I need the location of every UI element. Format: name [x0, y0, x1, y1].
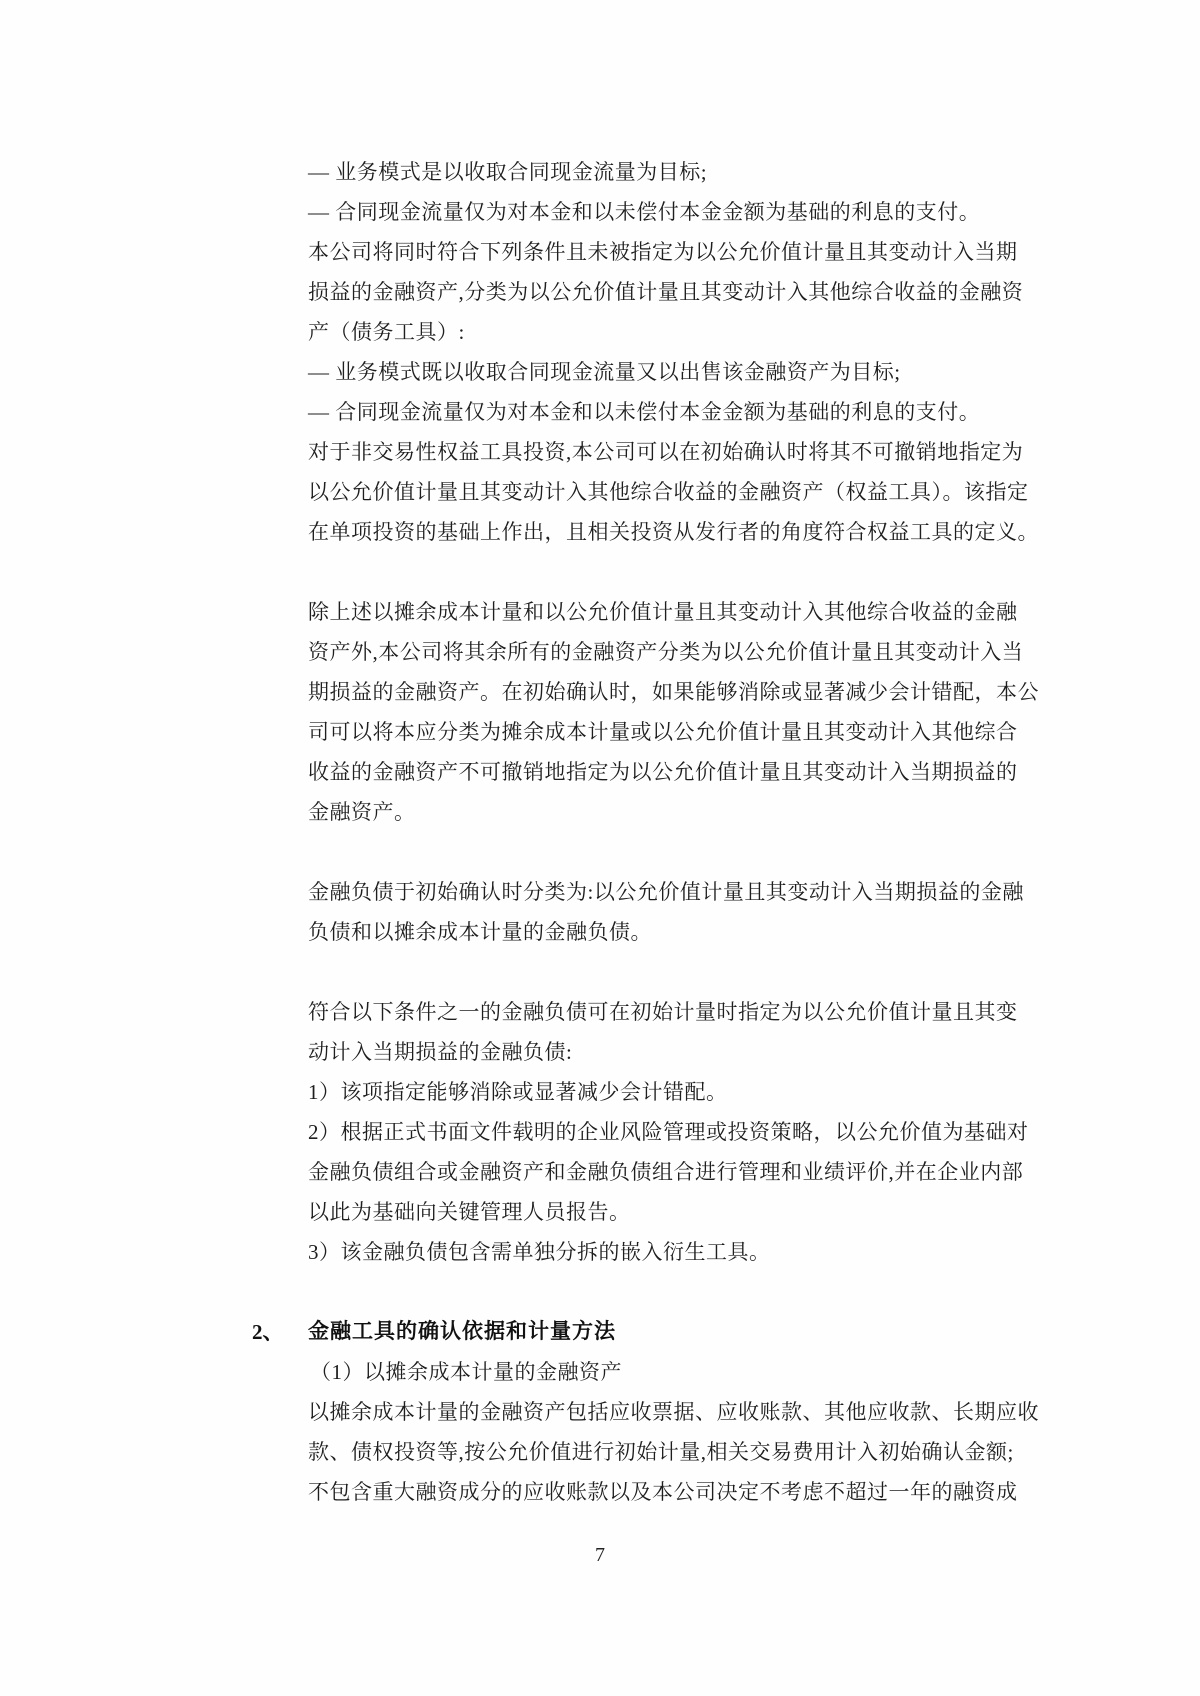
text-line: 金融负债组合或金融资产和金融负债组合进行管理和业绩评价,并在企业内部 [308, 1152, 1020, 1192]
text-line: 金融负债于初始确认时分类为:以公允价值计量且其变动计入当期损益的金融 [308, 872, 1020, 912]
text-line: 损益的金融资产,分类为以公允价值计量且其变动计入其他综合收益的金融资 [308, 272, 1020, 312]
blank-line [308, 552, 1020, 592]
text-line: 收益的金融资产不可撤销地指定为以公允价值计量且其变动计入当期损益的 [308, 752, 1020, 792]
subsection-title: （1）以摊余成本计量的金融资产 [308, 1352, 1020, 1392]
dash-list-item: — 合同现金流量仅为对本金和以未偿付本金金额为基础的利息的支付。 [308, 192, 1020, 232]
section-heading: 2、金融工具的确认依据和计量方法 [308, 1312, 1020, 1352]
dash-list-item: — 业务模式是以收取合同现金流量为目标; [308, 152, 1020, 192]
text-line: 符合以下条件之一的金融负债可在初始计量时指定为以公允价值计量且其变 [308, 992, 1020, 1032]
dash-list-item: — 合同现金流量仅为对本金和以未偿付本金金额为基础的利息的支付。 [308, 392, 1020, 432]
text-line: 以摊余成本计量的金融资产包括应收票据、应收账款、其他应收款、长期应收 [308, 1392, 1020, 1432]
blank-line [308, 832, 1020, 872]
text-line: 1）该项指定能够消除或显著减少会计错配。 [308, 1072, 1020, 1112]
page-number: 7 [0, 1538, 1200, 1572]
text-line: 对于非交易性权益工具投资,本公司可以在初始确认时将其不可撤销地指定为 [308, 432, 1020, 472]
dash-list-item: — 业务模式既以收取合同现金流量又以出售该金融资产为目标; [308, 352, 1020, 392]
text-line: 在单项投资的基础上作出，且相关投资从发行者的角度符合权益工具的定义。 [308, 512, 1020, 552]
document-page: — 业务模式是以收取合同现金流量为目标;— 合同现金流量仅为对本金和以未偿付本金… [0, 0, 1200, 1696]
text-line: 金融资产。 [308, 792, 1020, 832]
text-line: 期损益的金融资产。在初始确认时，如果能够消除或显著减少会计错配，本公 [308, 672, 1020, 712]
blank-line [308, 952, 1020, 992]
text-line: 产（债务工具）: [308, 312, 1020, 352]
text-line: 除上述以摊余成本计量和以公允价值计量且其变动计入其他综合收益的金融 [308, 592, 1020, 632]
text-line: 不包含重大融资成分的应收账款以及本公司决定不考虑不超过一年的融资成 [308, 1472, 1020, 1512]
text-column: — 业务模式是以收取合同现金流量为目标;— 合同现金流量仅为对本金和以未偿付本金… [308, 152, 1020, 1512]
text-line: 司可以将本应分类为摊余成本计量或以公允价值计量且其变动计入其他综合 [308, 712, 1020, 752]
text-line: 动计入当期损益的金融负债: [308, 1032, 1020, 1072]
text-line: 资产外,本公司将其余所有的金融资产分类为以公允价值计量且其变动计入当 [308, 632, 1020, 672]
text-line: 本公司将同时符合下列条件且未被指定为以公允价值计量且其变动计入当期 [308, 232, 1020, 272]
text-line: 2）根据正式书面文件载明的企业风险管理或投资策略，以公允价值为基础对 [308, 1112, 1020, 1152]
section-title: 金融工具的确认依据和计量方法 [308, 1320, 616, 1343]
text-line: 款、债权投资等,按公允价值进行初始计量,相关交易费用计入初始确认金额; [308, 1432, 1020, 1472]
text-line: 3）该金融负债包含需单独分拆的嵌入衍生工具。 [308, 1232, 1020, 1272]
section-number: 2、 [252, 1312, 284, 1352]
text-line: 以此为基础向关键管理人员报告。 [308, 1192, 1020, 1232]
blank-line [308, 1272, 1020, 1312]
text-line: 负债和以摊余成本计量的金融负债。 [308, 912, 1020, 952]
text-line: 以公允价值计量且其变动计入其他综合收益的金融资产（权益工具）。该指定 [308, 472, 1020, 512]
